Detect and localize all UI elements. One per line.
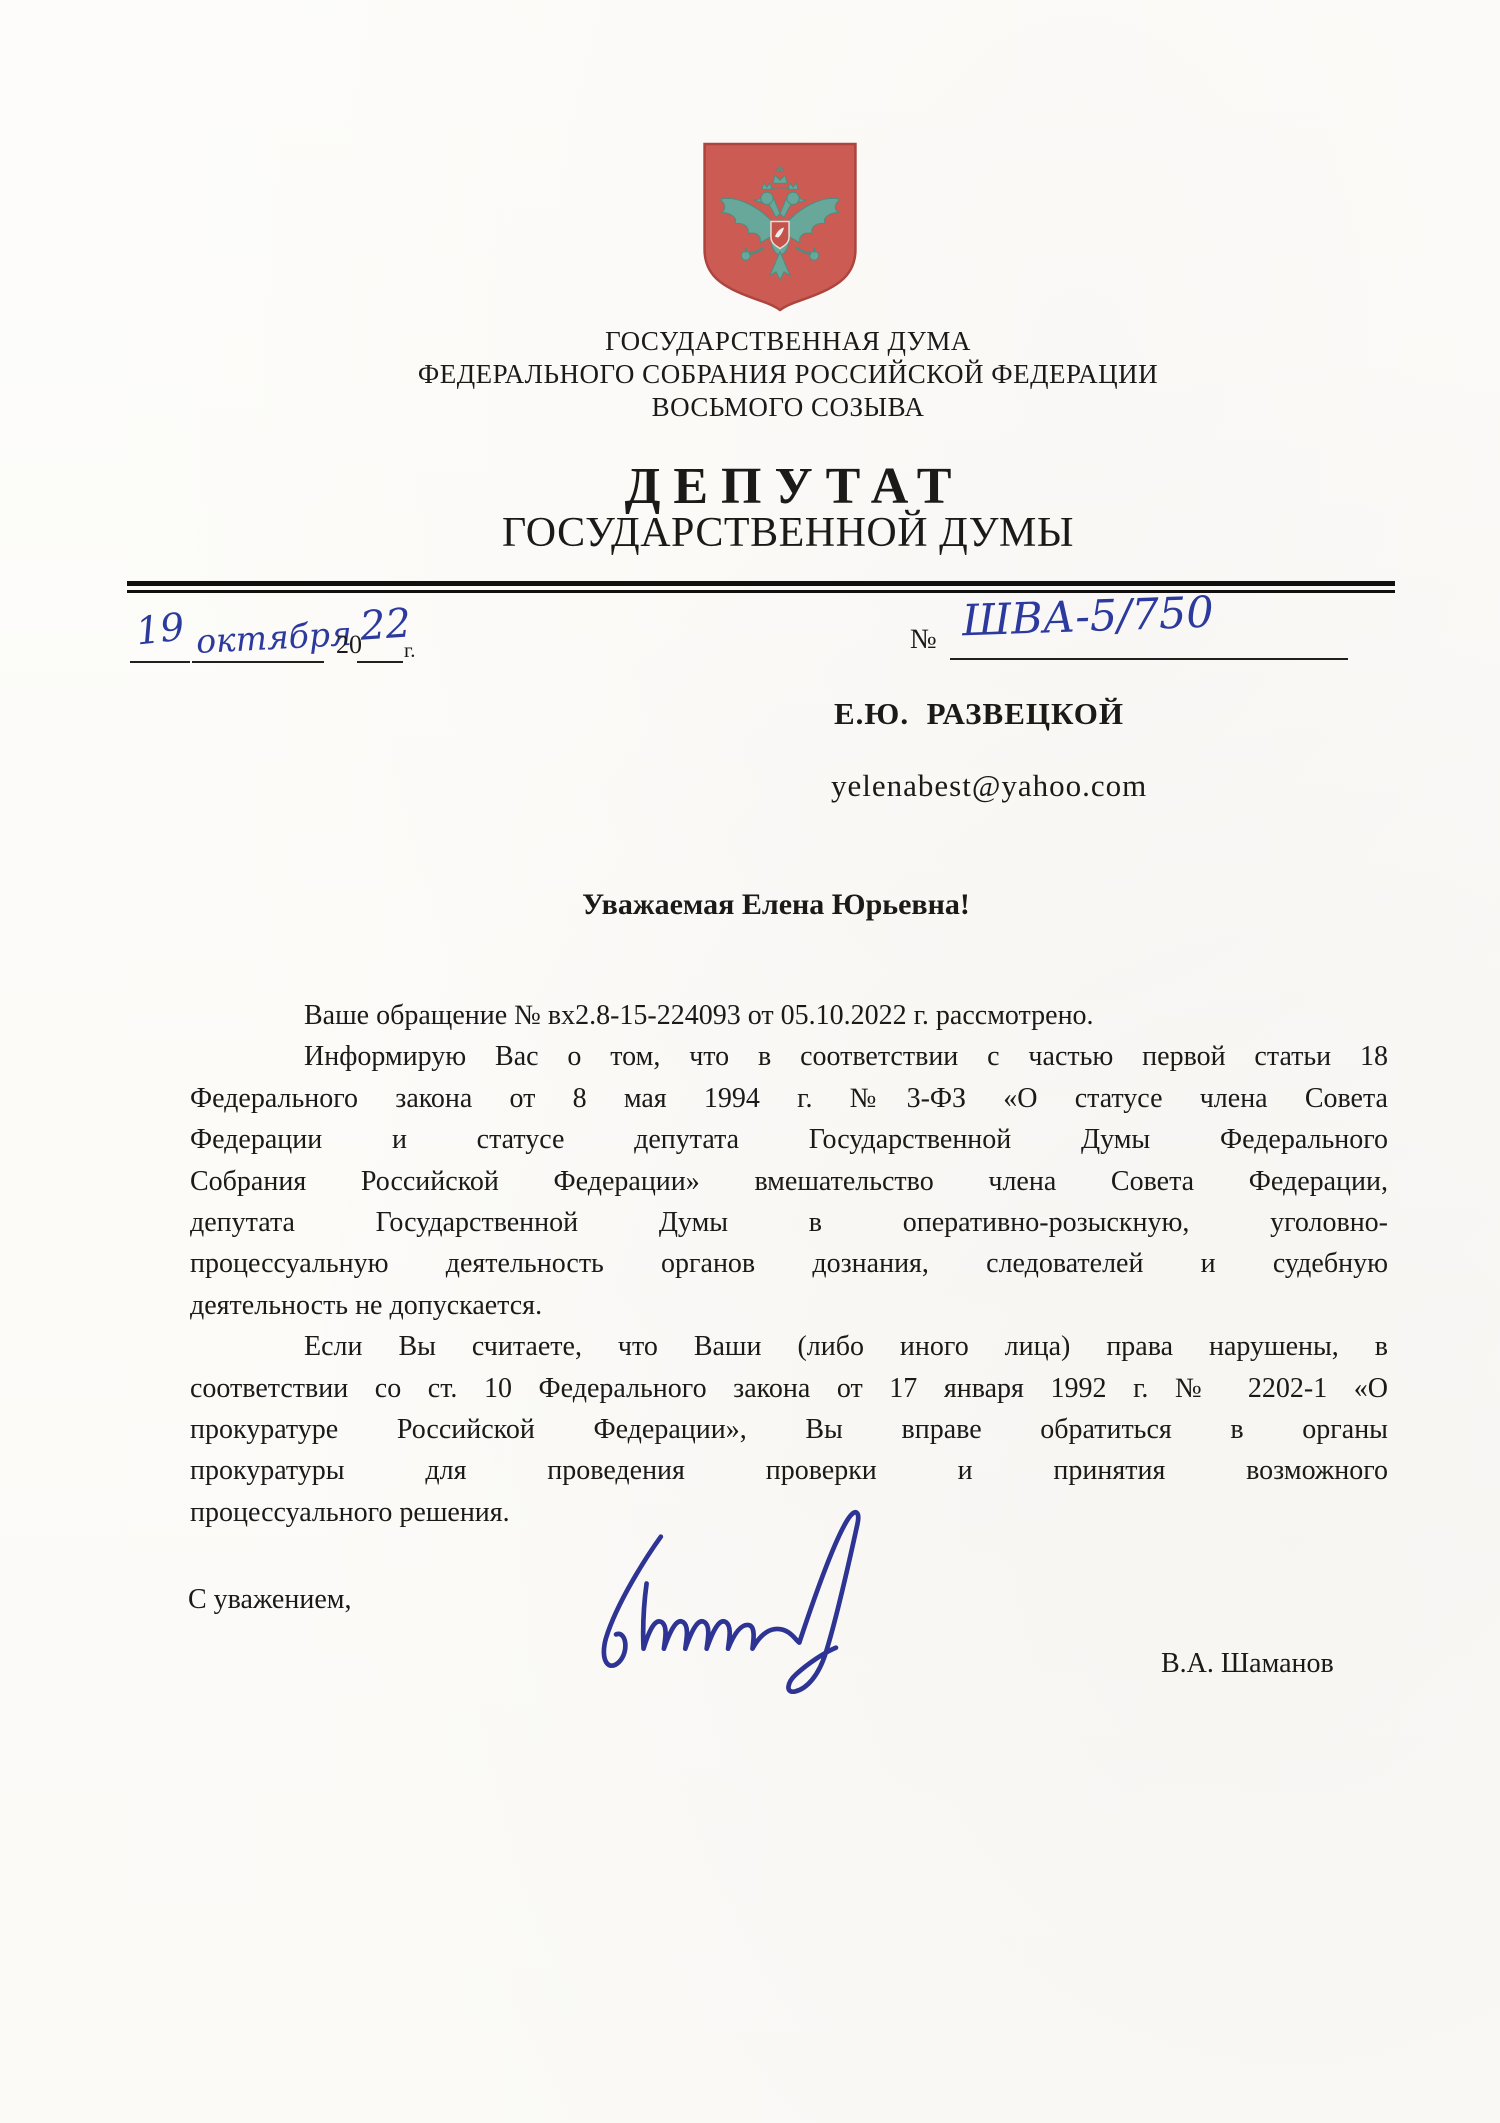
month-underline (192, 661, 324, 663)
body-text-line: депутата Государственной Думы в оператив… (190, 1202, 1388, 1243)
handwritten-day: 19 (134, 605, 187, 654)
body-text-line: Федерации и статусе депутата Государстве… (190, 1119, 1388, 1160)
number-underline (950, 658, 1348, 660)
handwritten-number: ШВА-5/750 (961, 588, 1214, 647)
body-text-line: Федерального закона от 8 мая 1994 г. №3-… (190, 1078, 1388, 1119)
year-underline (357, 661, 403, 663)
number-label: № (910, 624, 937, 656)
body-text-line: Ваше обращение № вх2.8-15-224093 от 05.1… (190, 995, 1388, 1036)
letterhead-subtitle-text: ГОСУДАРСТВЕННОЙ ДУМЫ (502, 510, 1074, 556)
salutation-text: Уважаемая Елена Юрьевна! (582, 888, 970, 921)
handwritten-month: октября (195, 614, 353, 661)
org-name-line2-text: ФЕДЕРАЛЬНОГО СОБРАНИЯ РОССИЙСКОЙ ФЕДЕРАЦ… (418, 359, 1158, 389)
body-text-line: Если Вы считаете, что Ваши (либо иного л… (190, 1326, 1388, 1367)
signer-name: В.А. Шаманов (1161, 1648, 1334, 1680)
body-text-line: соответствии со ст. 10 Федерального зако… (190, 1368, 1388, 1409)
recipient-email: yelenabest@yahoo.com (831, 768, 1147, 804)
org-name-line1-text: ГОСУДАРСТВЕННАЯ ДУМА (605, 326, 971, 356)
day-underline (130, 661, 190, 663)
year-suffix: г. (404, 638, 416, 663)
signature-handwritten-icon (558, 1498, 894, 1722)
body-text-line: Информирую Вас о том, что в соответствии… (190, 1036, 1388, 1077)
salutation-row: Уважаемая Елена Юрьевна! (176, 888, 1376, 922)
closing-regards: С уважением, (188, 1584, 351, 1616)
letterhead-subtitle: ГОСУДАРСТВЕННОЙ ДУМЫ (188, 509, 1388, 557)
year-prefix: 20 (336, 630, 362, 660)
body-text-line: Собрания Российской Федерации» вмешатель… (190, 1161, 1388, 1202)
body-text-line: прокуратуре Российской Федерации», Вы вп… (190, 1409, 1388, 1450)
body-text-line: прокуратуры для проведения проверки и пр… (190, 1450, 1388, 1491)
letterhead-title-text: ДЕПУТАТ (625, 458, 965, 515)
body-text-line: деятельность не допускается. (190, 1285, 1388, 1326)
org-name-line3: ВОСЬМОГО СОЗЫВА (188, 392, 1388, 423)
org-name-line1: ГОСУДАРСТВЕННАЯ ДУМА (188, 326, 1388, 357)
russia-coat-of-arms-icon (699, 139, 861, 312)
body-text-line: процессуальную деятельность органов дозн… (190, 1243, 1388, 1284)
recipient-name: Е.Ю. РАЗВЕЦКОЙ (834, 696, 1124, 732)
org-name-line2: ФЕДЕРАЛЬНОГО СОБРАНИЯ РОССИЙСКОЙ ФЕДЕРАЦ… (188, 359, 1388, 390)
org-name-line3-text: ВОСЬМОГО СОЗЫВА (652, 392, 925, 422)
letterhead-title: ДЕПУТАТ (188, 457, 1388, 516)
body-paragraphs: Ваше обращение № вх2.8-15-224093 от 05.1… (190, 995, 1388, 1533)
header-rule-thick (127, 581, 1395, 586)
scanned-letter-page: { "letterhead": { "emblem": "russia-coat… (0, 0, 1500, 2123)
